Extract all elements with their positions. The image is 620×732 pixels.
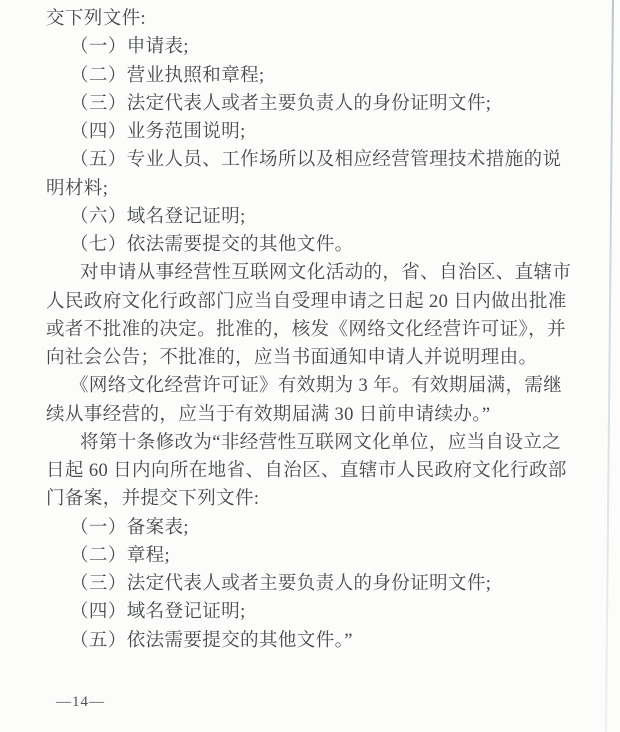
text-line: （六）域名登记证明; [46, 203, 580, 231]
text-line: （三）法定代表人或者主要负责人的身份证明文件; [46, 90, 580, 118]
document-page: 交下列文件:（一）申请表;（二）营业执照和章程;（三）法定代表人或者主要负责人的… [0, 0, 620, 732]
text-line: （三）法定代表人或者主要负责人的身份证明文件; [46, 570, 580, 598]
text-line: （二）章程; [46, 542, 580, 570]
text-line: 将第十条修改为“非经营性互联网文化单位，应当自设立之 [46, 429, 580, 457]
document-body: 交下列文件:（一）申请表;（二）营业执照和章程;（三）法定代表人或者主要负责人的… [46, 5, 580, 655]
text-line: （五）专业人员、工作场所以及相应经营管理技术措施的说 [46, 146, 580, 174]
text-line: 《网络文化经营许可证》有效期为 3 年。有效期届满，需继 [46, 372, 580, 400]
text-line: 向社会公告；不批准的，应当书面通知申请人并说明理由。 [46, 344, 580, 372]
text-line: 明材料; [46, 175, 580, 203]
text-line: 门备案，并提交下列文件: [46, 485, 580, 513]
text-line: （五）依法需要提交的其他文件。” [46, 627, 580, 655]
text-line: 对申请从事经营性互联网文化活动的，省、自治区、直辖市 [46, 259, 580, 287]
text-line: 日起 60 日内向所在地省、自治区、直辖市人民政府文化行政部 [46, 457, 580, 485]
text-line: 续从事经营的，应当于有效期届满 30 日前申请续办。” [46, 401, 580, 429]
text-line: （一）备案表; [46, 514, 580, 542]
text-line: 交下列文件: [46, 5, 580, 33]
text-line: （二）营业执照和章程; [46, 62, 580, 90]
text-line: （一）申请表; [46, 33, 580, 61]
text-line: （四）域名登记证明; [46, 598, 580, 626]
text-line: 或者不批准的决定。批准的，核发《网络文化经营许可证》，并 [46, 316, 580, 344]
text-line: （七）依法需要提交的其他文件。 [46, 231, 580, 259]
text-line: （四）业务范围说明; [46, 118, 580, 146]
page-edge-shadow [605, 0, 614, 732]
text-line: 人民政府文化行政部门应当自受理申请之日起 20 日内做出批准 [46, 288, 580, 316]
page-number: —14— [56, 694, 105, 711]
